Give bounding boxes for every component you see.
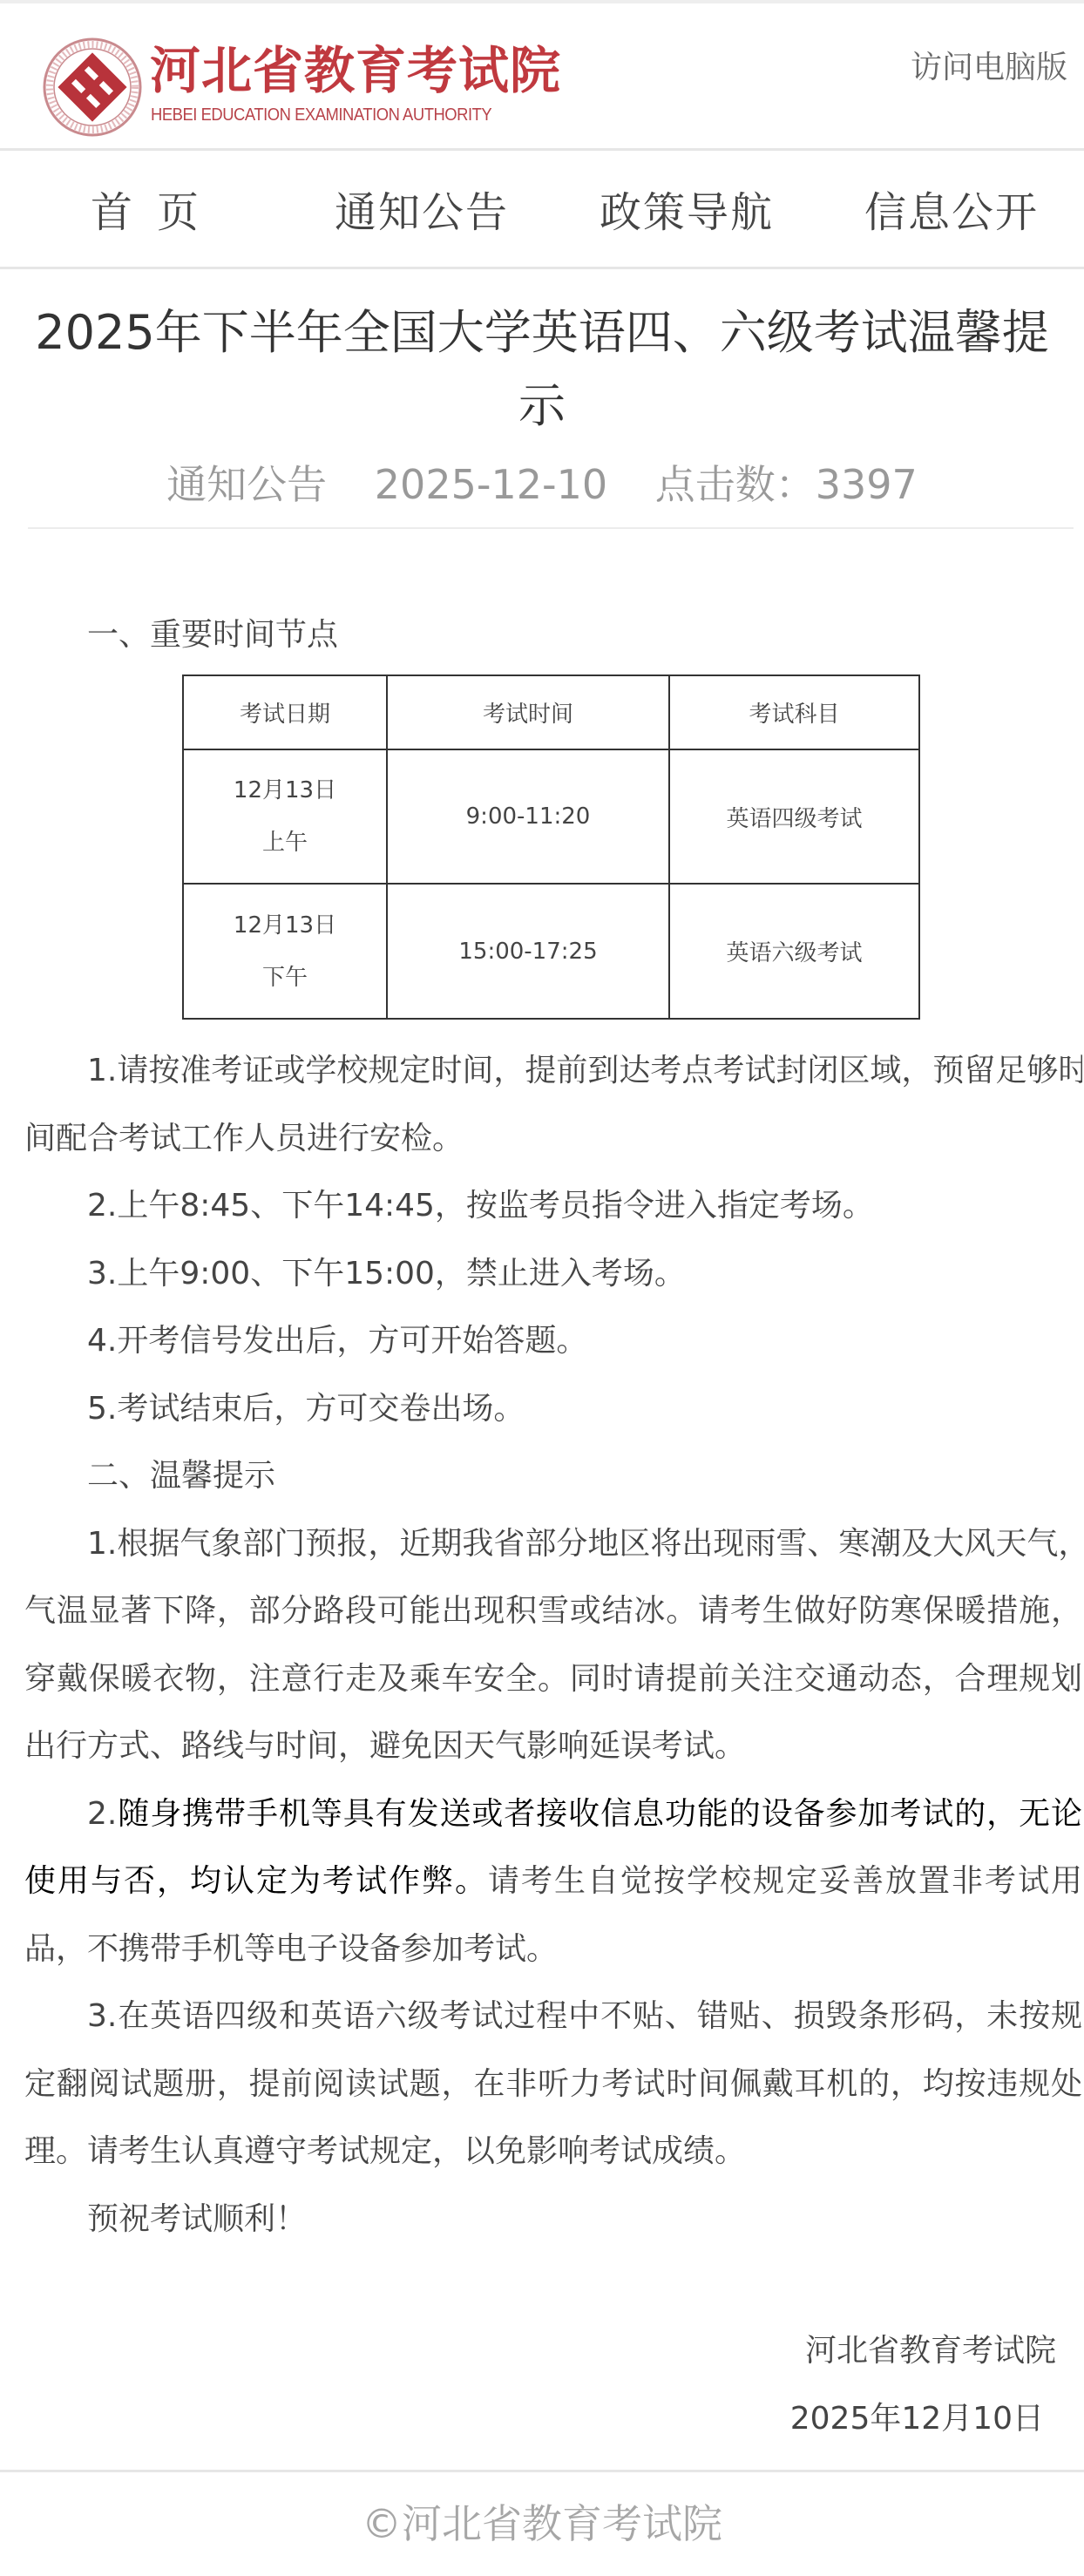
desktop-version-link[interactable]: 访问电脑版 [911,49,1067,87]
text-line: 1.请按准考证或学校规定时间，提前到达考点考试封闭区域，预留足够时 [24,1037,1082,1105]
main-nav: 首页 通知公告 政策导航 信息公开 [0,151,1084,267]
paragraph: 4.开考信号发出后，方可开始答题。 [24,1307,1082,1375]
closing-text: 预祝考试顺利！ [24,2186,1082,2254]
paragraph: 1.请按准考证或学校规定时间，提前到达考点考试封闭区域，预留足够时 间配合考试工… [24,1037,1082,1172]
meta-divider [28,527,1074,529]
section-heading: 二、温馨提示 [24,1442,1082,1510]
text-line: 品，不携带手机等电子设备参加考试。 [24,1915,1082,1983]
text-line: 5.考试结束后，方可交卷出场。 [24,1375,1082,1443]
signature-date: 2025年12月10日 [790,2400,1044,2438]
nav-item-disclosure[interactable]: 信息公开 [819,151,1084,267]
nav-item-policy[interactable]: 政策导航 [554,151,819,267]
site-header: 河北省教育考试院 HEBEI EDUCATION EXAMINATION AUT… [0,3,1084,148]
table-header-cell: 考试日期 [183,675,387,749]
table-row: 12月13日 上午 9:00-11:20 英语四级考试 [183,749,919,884]
emphasized-text: 随身携带手机等具有发送或者接收信息功能的设备参加考试的，无论 [117,1796,1082,1832]
article-category[interactable]: 通知公告 [166,461,327,508]
table-cell-time: 9:00-11:20 [387,749,669,884]
table-cell-date: 12月13日 上午 [183,749,387,884]
exam-schedule-table: 考试日期 考试时间 考试科目 12月13日 上午 9:00-11:20 英语四级… [182,675,920,1020]
text-line: 气温显著下降，部分路段可能出现积雪或结冰。请考生做好防寒保暖措施， [24,1577,1082,1645]
text-line: 使用与否，均认定为考试作弊。请考生自觉按学校规定妥善放置非考试用 [24,1847,1082,1915]
paragraph: 5.考试结束后，方可交卷出场。 [24,1375,1082,1443]
table-header-cell: 考试科目 [669,675,919,749]
table-row: 12月13日 下午 15:00-17:25 英语六级考试 [183,884,919,1019]
footer-copyright: ©河北省教育考试院 [0,2499,1084,2548]
article-meta: 通知公告 2025-12-10 点击数：3397 [0,460,1084,509]
article-title: 2025年下半年全国大学英语四、六级考试温馨提示 [26,296,1058,443]
section1-heading-wrap: 一、重要时间节点 [24,601,1082,669]
footer-divider [0,2470,1084,2472]
cell-date: 12月13日 [184,908,386,943]
table-header-cell: 考试时间 [387,675,669,749]
table-cell-subject: 英语四级考试 [669,749,919,884]
normal-text: 请考生自觉按学校规定妥善放置非考试用 [488,1863,1082,1899]
table-cell-time: 15:00-17:25 [387,884,669,1019]
paragraph: 2.上午8:45、下午14:45，按监考员指令进入指定考场。 [24,1172,1082,1240]
text-line: 穿戴保暖衣物，注意行走及乘车安全。同时请提前关注交通动态，合理规划 [24,1645,1082,1713]
signature-org: 河北省教育考试院 [805,2332,1056,2370]
logo-text-en[interactable]: HEBEI EDUCATION EXAMINATION AUTHORITY [151,105,491,125]
logo-text-cn[interactable]: 河北省教育考试院 [150,40,561,101]
cell-period: 下午 [184,960,386,995]
text-line: 4.开考信号发出后，方可开始答题。 [24,1307,1082,1375]
cell-period: 上午 [184,825,386,860]
article-body: 1.请按准考证或学校规定时间，提前到达考点考试封闭区域，预留足够时 间配合考试工… [24,1037,1082,2253]
text-line: 3.在英语四级和英语六级考试过程中不贴、错贴、损毁条形码，未按规 [24,1983,1082,2051]
table-cell-date: 12月13日 下午 [183,884,387,1019]
section-heading: 一、重要时间节点 [24,601,1082,669]
paragraph: 1.根据气象部门预报，近期我省部分地区将出现雨雪、寒潮及大风天气， 气温显著下降… [24,1510,1082,1780]
article-date: 2025-12-10 [375,461,607,508]
text-line: 出行方式、路线与时间，避免因天气影响延误考试。 [24,1712,1082,1780]
text-line: 间配合考试工作人员进行安检。 [24,1105,1082,1173]
article-hits: 点击数：3397 [655,461,918,508]
paragraph: 3.上午9:00、下午15:00，禁止进入考场。 [24,1240,1082,1308]
nav-divider [0,267,1084,269]
text-line: 1.根据气象部门预报，近期我省部分地区将出现雨雪、寒潮及大风天气， [24,1510,1082,1578]
paragraph-emphasis: 2.随身携带手机等具有发送或者接收信息功能的设备参加考试的，无论 使用与否，均认… [24,1780,1082,1983]
table-header-row: 考试日期 考试时间 考试科目 [183,675,919,749]
text-line: 理。请考生认真遵守考试规定，以免影响考试成绩。 [24,2118,1082,2186]
nav-item-home[interactable]: 首页 [0,151,289,267]
item-number: 2. [87,1796,117,1832]
logo-emblem-icon[interactable] [42,37,143,138]
nav-item-notices[interactable]: 通知公告 [289,151,554,267]
cell-date: 12月13日 [184,773,386,808]
text-line: 2.上午8:45、下午14:45，按监考员指令进入指定考场。 [24,1172,1082,1240]
table-cell-subject: 英语六级考试 [669,884,919,1019]
text-line: 3.上午9:00、下午15:00，禁止进入考场。 [24,1240,1082,1308]
text-line: 2.随身携带手机等具有发送或者接收信息功能的设备参加考试的，无论 [24,1780,1082,1848]
emphasized-text: 使用与否，均认定为考试作弊。 [24,1863,488,1899]
text-line: 定翻阅试题册，提前阅读试题，在非听力考试时间佩戴耳机的，均按违规处 [24,2051,1082,2118]
paragraph: 3.在英语四级和英语六级考试过程中不贴、错贴、损毁条形码，未按规 定翻阅试题册，… [24,1983,1082,2186]
